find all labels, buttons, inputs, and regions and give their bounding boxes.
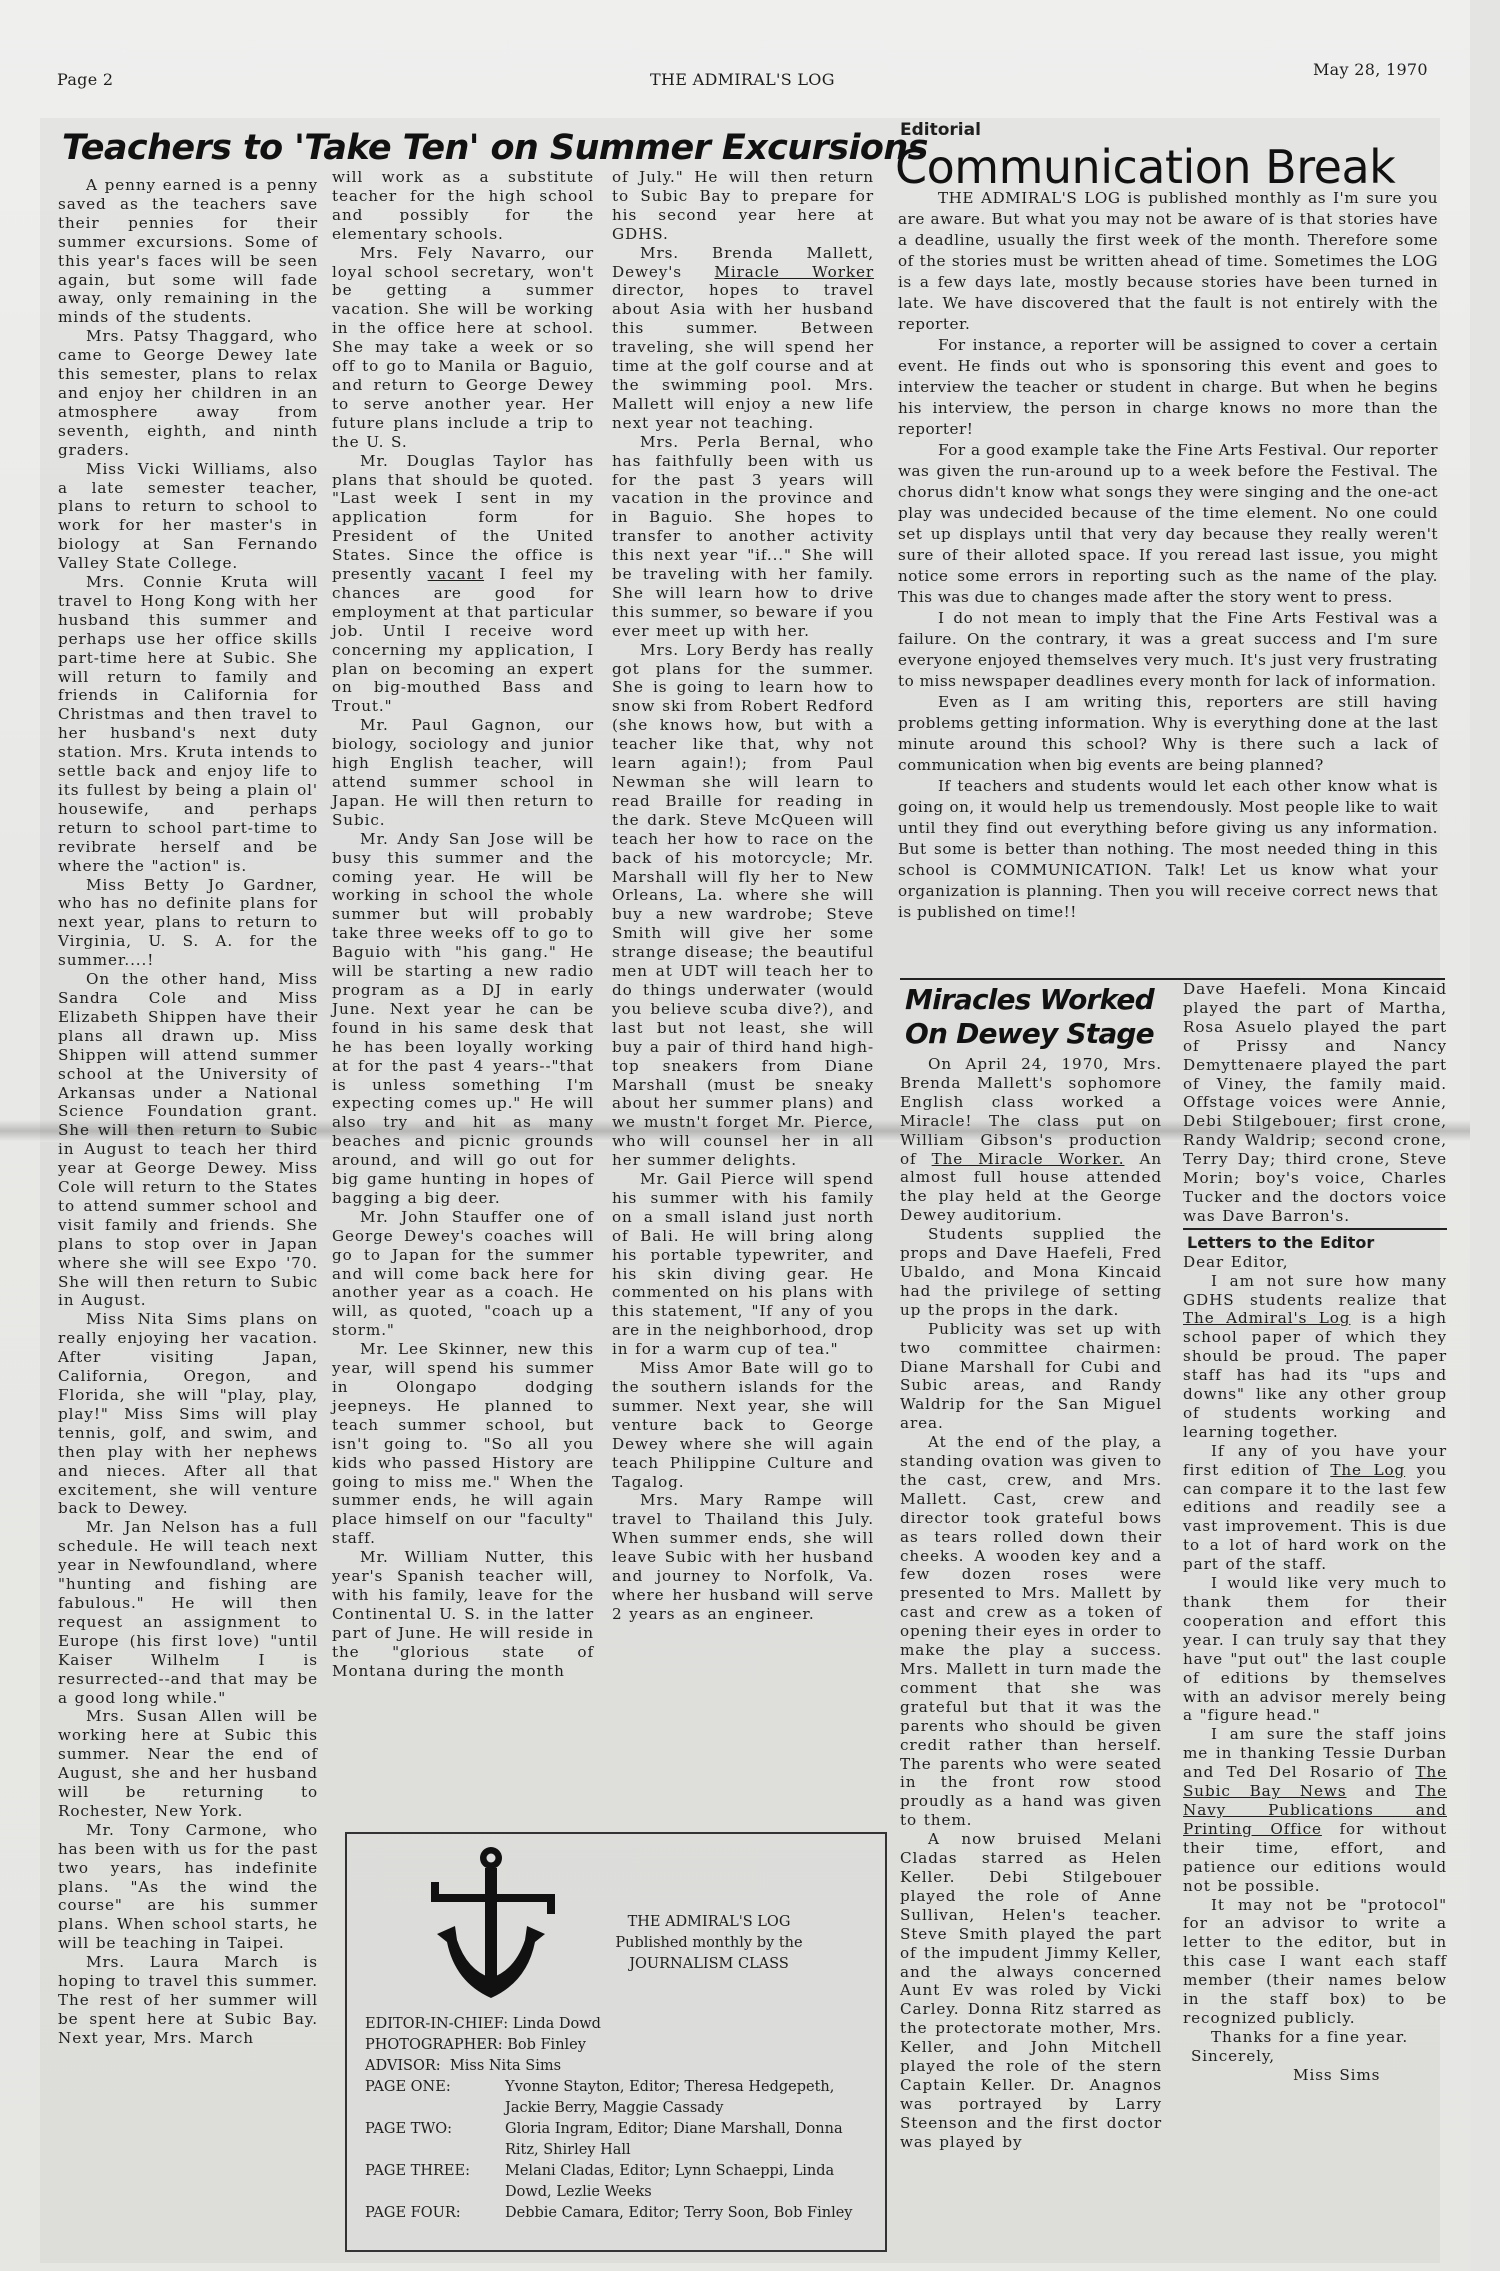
paragraph: Miss Vicki Williams, also a late semeste…: [58, 460, 318, 573]
paragraph: Mrs. Laura March is hoping to travel thi…: [58, 1953, 318, 2048]
paragraph: Dave Haefeli. Mona Kincaid played the pa…: [1183, 980, 1447, 1226]
underlined-title: Miracle Worker: [714, 263, 874, 281]
paragraph: Miss Betty Jo Gardner, who has no defini…: [58, 876, 318, 971]
paragraph: Mrs. Perla Bernal, who has faithfully be…: [612, 433, 874, 641]
paragraph: At the end of the play, a standing ovati…: [900, 1433, 1162, 1830]
paragraph: Mr. Lee Skinner, new this year, will spe…: [332, 1340, 594, 1548]
closing: Sincerely,: [1183, 2047, 1447, 2066]
paragraph-intro: On April 24, 1970, Mrs. Brenda Mallett's…: [900, 1055, 1162, 1225]
paragraph: Even as I am writing this, reporters are…: [898, 692, 1438, 776]
paragraph: Mr. Paul Gagnon, our biology, sociology …: [332, 716, 594, 829]
paragraph: Thanks for a fine year.: [1183, 2028, 1447, 2047]
paragraph: For instance, a reporter will be assigne…: [898, 335, 1438, 440]
paragraph: A now bruised Melani Cladas starred as H…: [900, 1830, 1162, 2151]
paragraph: Mr. Gail Pierce will spend his summer wi…: [612, 1170, 874, 1359]
editorial-body: THE ADMIRAL'S LOG is published monthly a…: [898, 188, 1438, 923]
paragraph: Mr. John Stauffer one of George Dewey's …: [332, 1208, 594, 1340]
paragraph: Mrs. Patsy Thaggard, who came to George …: [58, 327, 318, 459]
paragraph: Mrs. Mary Rampe will travel to Thailand …: [612, 1491, 874, 1623]
paragraph: Mrs. Fely Navarro, our loyal school secr…: [332, 244, 594, 452]
section-divider: [1183, 1228, 1447, 1230]
paragraph: Mr. Tony Carmone, who has been with us f…: [58, 1821, 318, 1953]
paragraph: Mr. Jan Nelson has a full schedule. He w…: [58, 1518, 318, 1707]
paragraph: A penny earned is a penny saved as the t…: [58, 176, 318, 327]
miracles-column: On April 24, 1970, Mrs. Brenda Mallett's…: [900, 1055, 1162, 2152]
teachers-column-3: of July." He will then return to Subic B…: [612, 168, 874, 1624]
paragraph: If teachers and students would let each …: [898, 776, 1438, 923]
paragraph: Mr. Andy San Jose will be busy this summ…: [332, 830, 594, 1208]
paragraph: Mr. William Nutter, this year's Spanish …: [332, 1548, 594, 1680]
paragraph: Publicity was set up with two committee …: [900, 1320, 1162, 1433]
underlined-word: vacant: [428, 565, 484, 583]
staff-box: THE ADMIRAL'S LOG Published monthly by t…: [345, 1832, 887, 2252]
paragraph: Students supplied the props and Dave Hae…: [900, 1225, 1162, 1320]
staff-row-page-four: PAGE FOUR:Debbie Camara, Editor; Terry S…: [365, 2203, 875, 2224]
paragraph: I do not mean to imply that the Fine Art…: [898, 608, 1438, 692]
underlined-title: The Miracle Worker.: [932, 1150, 1125, 1168]
paragraph: I am not sure how many GDHS students rea…: [1183, 1272, 1447, 1442]
paragraph-mallett: Mrs. Brenda Mallett, Dewey's Miracle Wor…: [612, 244, 874, 433]
teachers-column-1: A penny earned is a penny saved as the t…: [58, 176, 318, 2048]
paragraph: will work as a substitute teacher for th…: [332, 168, 594, 244]
paragraph: Mrs. Susan Allen will be working here at…: [58, 1707, 318, 1820]
teachers-column-2: will work as a substitute teacher for th…: [332, 168, 594, 1681]
paragraph: For a good example take the Fine Arts Fe…: [898, 440, 1438, 608]
paragraph: It may not be "protocol" for an advisor …: [1183, 1896, 1447, 2028]
anchor-icon: [427, 1842, 555, 1998]
paragraph: Mrs. Connie Kruta will travel to Hong Ko…: [58, 573, 318, 876]
letters-heading: Letters to the Editor: [1187, 1234, 1447, 1253]
paragraph: Miss Amor Bate will go to the southern i…: [612, 1359, 874, 1491]
staff-row-page-three: PAGE THREE:Melani Cladas, Editor; Lynn S…: [365, 2161, 875, 2203]
teachers-headline: Teachers to 'Take Ten' on Summer Excursi…: [62, 128, 928, 168]
underlined-title: The Admiral's Log: [1183, 1309, 1350, 1327]
paragraph: I would like very much to thank them for…: [1183, 1574, 1447, 1725]
paragraph: Mrs. Lory Berdy has really got plans for…: [612, 641, 874, 1170]
staff-masthead: THE ADMIRAL'S LOG Published monthly by t…: [609, 1912, 809, 1975]
page-number: Page 2: [57, 70, 113, 89]
miracles-and-letters-column: Dave Haefeli. Mona Kincaid played the pa…: [1183, 980, 1447, 2085]
editorial-headline: Communication Break: [895, 140, 1395, 194]
paragraph: If any of you have your first edition of…: [1183, 1442, 1447, 1574]
issue-date: May 28, 1970: [1313, 60, 1428, 79]
newspaper-page: Page 2 THE ADMIRAL'S LOG May 28, 1970 Te…: [0, 0, 1470, 2271]
salutation: Dear Editor,: [1183, 1253, 1447, 1272]
paragraph: On the other hand, Miss Sandra Cole and …: [58, 970, 318, 1310]
staff-row-editor: EDITOR-IN-CHIEF: Linda Dowd: [365, 2014, 875, 2035]
signature: Miss Sims: [1183, 2066, 1447, 2085]
paragraph: of July." He will then return to Subic B…: [612, 168, 874, 244]
staff-row-photographer: PHOTOGRAPHER: Bob Finley: [365, 2035, 875, 2056]
staff-list: EDITOR-IN-CHIEF: Linda Dowd PHOTOGRAPHER…: [365, 2014, 875, 2224]
editorial-kicker: Editorial: [900, 120, 981, 140]
staff-row-page-two: PAGE TWO:Gloria Ingram, Editor; Diane Ma…: [365, 2119, 875, 2161]
paragraph-taylor: Mr. Douglas Taylor has plans that should…: [332, 452, 594, 717]
staff-row-advisor: ADVISOR: Miss Nita Sims: [365, 2056, 875, 2077]
paper-title: THE ADMIRAL'S LOG: [650, 70, 835, 89]
underlined-title: The Log: [1330, 1461, 1405, 1479]
paragraph: THE ADMIRAL'S LOG is published monthly a…: [898, 188, 1438, 335]
miracles-headline: Miracles Worked On Dewey Stage: [905, 983, 1154, 1051]
paragraph: I am sure the staff joins me in thanking…: [1183, 1725, 1447, 1895]
paragraph: Miss Nita Sims plans on really enjoying …: [58, 1310, 318, 1518]
staff-row-page-one: PAGE ONE:Yvonne Stayton, Editor; Theresa…: [365, 2077, 875, 2119]
